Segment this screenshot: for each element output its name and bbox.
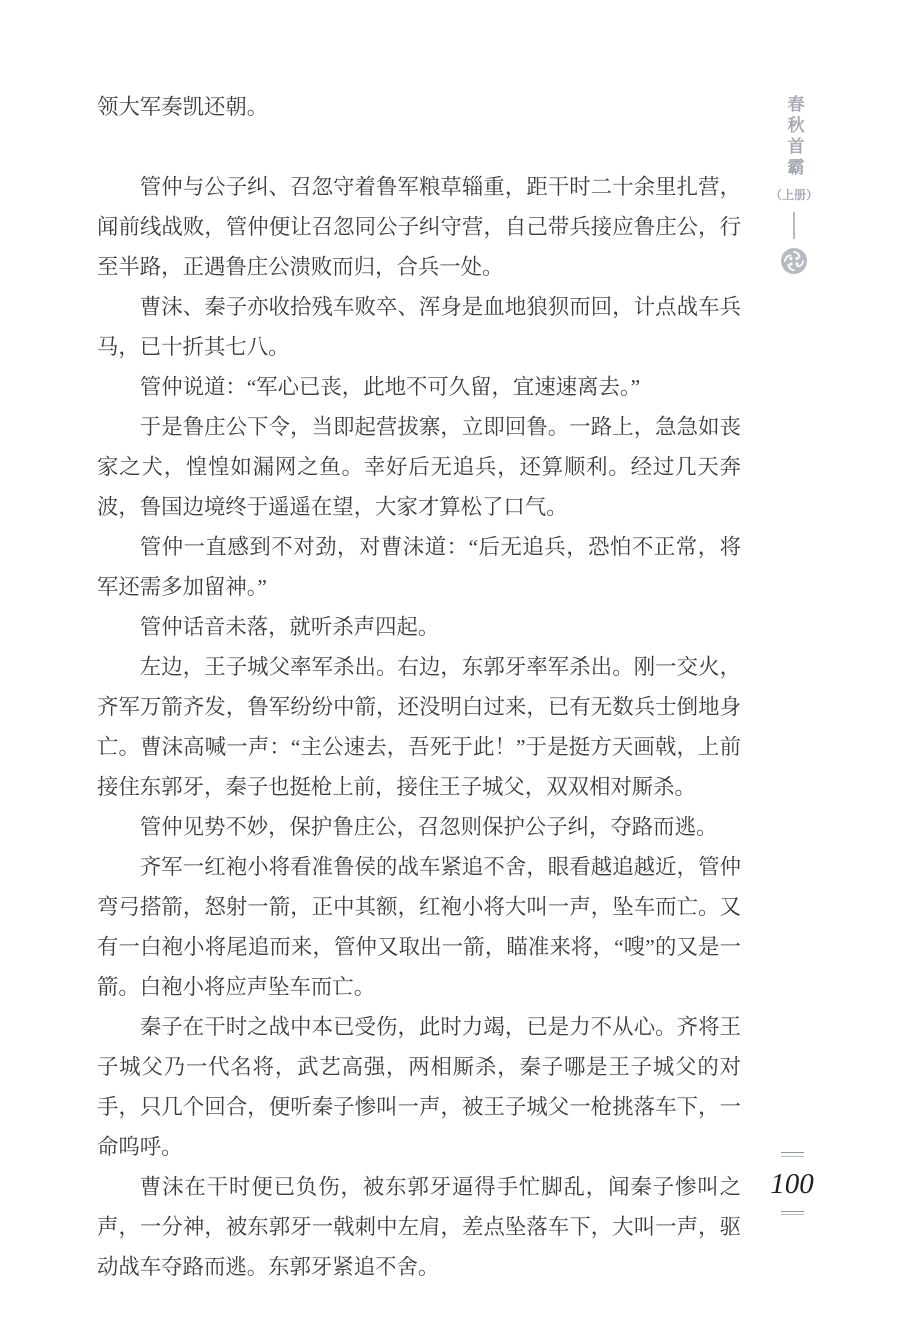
paragraph: 齐军一红袍小将看准鲁侯的战车紧追不舍，眼看越追越近，管仲弯弓搭箭，怒射一箭，正中… — [97, 847, 741, 1007]
running-head: 春秋首霸 （上册） — [766, 95, 822, 280]
side-divider — [793, 212, 795, 239]
book-title-vertical: 春秋首霸 — [782, 95, 807, 179]
paragraph: 曹沫、秦子亦收拾残车败卒、浑身是血地狼狈而回，计点战车兵马，已十折其七八。 — [97, 287, 741, 367]
folio-bottom-rule — [781, 1211, 804, 1216]
paragraph: 于是鲁庄公下令，当即起营拔寨，立即回鲁。一路上，急急如丧家之犬，惶惶如漏网之鱼。… — [97, 407, 741, 527]
paragraph: 管仲与公子纠、召忽守着鲁军粮草辎重，距干时二十余里扎营，闻前线战败，管仲便让召忽… — [97, 167, 741, 287]
paragraph: 秦子在干时之战中本已受伤，此时力竭，已是力不从心。齐将王子城父乃一代名将，武艺高… — [97, 1007, 741, 1167]
folio-top-rule — [781, 1152, 804, 1157]
paragraph: 管仲说道：“军心已丧，此地不可久留，宜速速离去。” — [97, 367, 741, 407]
paragraph: 管仲见势不妙，保护鲁庄公，召忽则保护公子纠，夺路而逃。 — [97, 807, 741, 847]
volume-label: （上册） — [770, 186, 818, 203]
paragraph: 左边，王子城父率军杀出。右边，东郭牙率军杀出。刚一交火，齐军万箭齐发，鲁军纷纷中… — [97, 647, 741, 807]
paragraph: 曹沫在干时便已负伤，被东郭牙逼得手忙脚乱，闻秦子惨叫之声，一分神，被东郭牙一戟刺… — [97, 1167, 741, 1287]
paragraph: 管仲一直感到不对劲，对曹沫道：“后无追兵，恐怕不正常，将军还需多加留神。” — [97, 527, 741, 607]
page-number-block: 100 — [760, 1152, 824, 1215]
paragraph: 领大军奏凯还朝。 — [97, 87, 741, 127]
cloud-seal-icon — [780, 247, 808, 280]
paragraph: 管仲话音未落，就听杀声四起。 — [97, 607, 741, 647]
page-number: 100 — [770, 1170, 814, 1199]
book-page: 领大军奏凯还朝。 管仲与公子纠、召忽守着鲁军粮草辎重，距干时二十余里扎营，闻前线… — [0, 0, 913, 1338]
body-text: 领大军奏凯还朝。 管仲与公子纠、召忽守着鲁军粮草辎重，距干时二十余里扎营，闻前线… — [97, 87, 741, 1287]
